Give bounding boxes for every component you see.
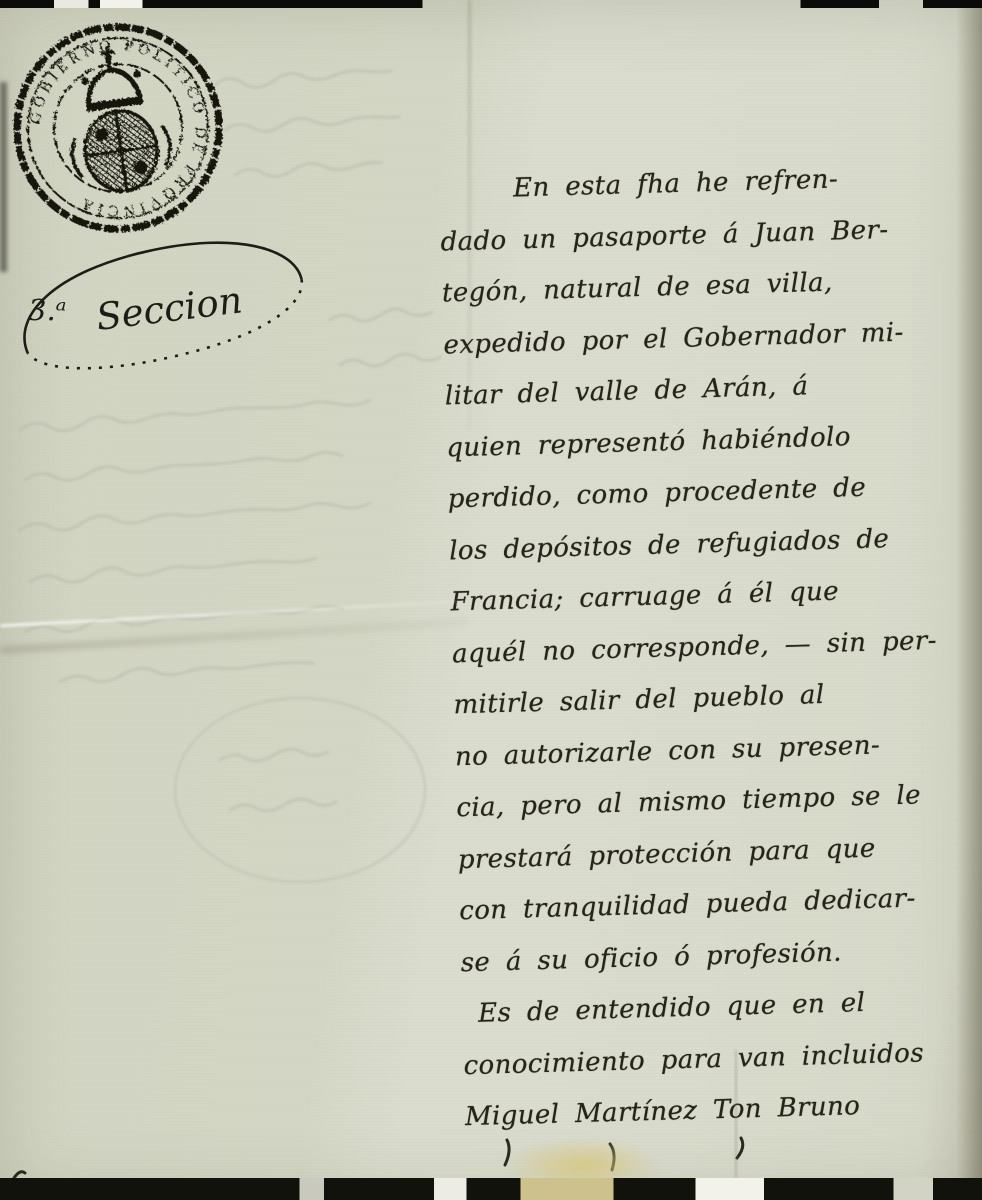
section-annotation: 3.ᵃ Seccion bbox=[4, 234, 316, 379]
ghost-line bbox=[30, 558, 316, 582]
scanned-document-page: GOBIERNO POLITICO DE PROVINCIA bbox=[0, 0, 982, 1200]
laurel-right bbox=[160, 125, 173, 166]
ghost-line bbox=[20, 400, 370, 431]
ghost-oval bbox=[175, 698, 425, 882]
scan-edge-left bbox=[0, 82, 7, 272]
ghost-line bbox=[215, 71, 391, 88]
ghost-line bbox=[235, 163, 381, 177]
scan-edge-top bbox=[0, 0, 982, 8]
annotation-word: Seccion bbox=[94, 278, 245, 339]
ghost-line bbox=[220, 749, 328, 761]
ghost-line bbox=[60, 663, 314, 683]
coat-of-arms-shield bbox=[67, 104, 175, 197]
manuscript-text: En esta fha he refren-dado un pasaporte … bbox=[438, 151, 982, 1144]
ghost-line bbox=[230, 799, 336, 811]
scan-edge-right bbox=[956, 0, 982, 1200]
ink-stroke bbox=[737, 1138, 743, 1158]
official-stamp: GOBIERNO POLITICO DE PROVINCIA bbox=[4, 14, 232, 242]
ghost-line bbox=[330, 309, 432, 321]
annotation-prefix: 3.ᵃ bbox=[28, 293, 67, 327]
fold-crease-vertical-top bbox=[468, 0, 471, 430]
scan-edge-bottom bbox=[0, 1178, 982, 1200]
ghost-line bbox=[225, 117, 399, 132]
ghost-line bbox=[340, 354, 440, 366]
ghost-line bbox=[20, 503, 370, 530]
ghost-line bbox=[25, 453, 343, 481]
